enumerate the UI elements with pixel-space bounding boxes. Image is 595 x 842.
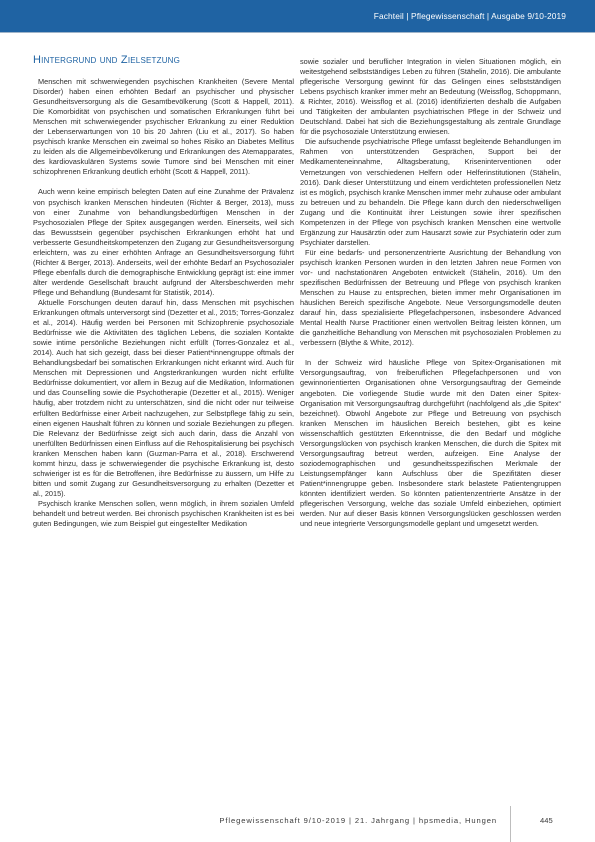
paragraph: Die aufsuchende psychiatrische Pflege um… [300, 137, 561, 248]
running-header-bar: Fachteil | Pflegewissenschaft | Ausgabe … [0, 0, 595, 33]
running-header-title: Fachteil | Pflegewissenschaft | Ausgabe … [374, 11, 566, 21]
paragraph: Psychisch kranke Menschen sollen, wenn m… [33, 499, 294, 529]
paragraph: Menschen mit schwerwiegenden psychischen… [33, 77, 294, 177]
left-column: Menschen mit schwerwiegenden psychischen… [33, 77, 294, 529]
footer-journal-line: Pflegewissenschaft 9/10-2019 | 21. Jahrg… [0, 816, 497, 825]
page-number: 445 [540, 816, 553, 825]
section-title: Hintergrund und Zielsetzung [33, 54, 180, 66]
paragraph: Für eine bedarfs- und personenzentrierte… [300, 248, 561, 348]
right-column: sowie sozialer und beruflicher Integrati… [300, 57, 561, 529]
paragraph: In der Schweiz wird häusliche Pflege von… [300, 358, 561, 529]
paragraph: sowie sozialer und beruflicher Integrati… [300, 57, 561, 137]
footer-divider [510, 806, 511, 842]
paragraph: Auch wenn keine empirisch belegten Daten… [33, 187, 294, 298]
paragraph: Aktuelle Forschungen deuten darauf hin, … [33, 298, 294, 499]
